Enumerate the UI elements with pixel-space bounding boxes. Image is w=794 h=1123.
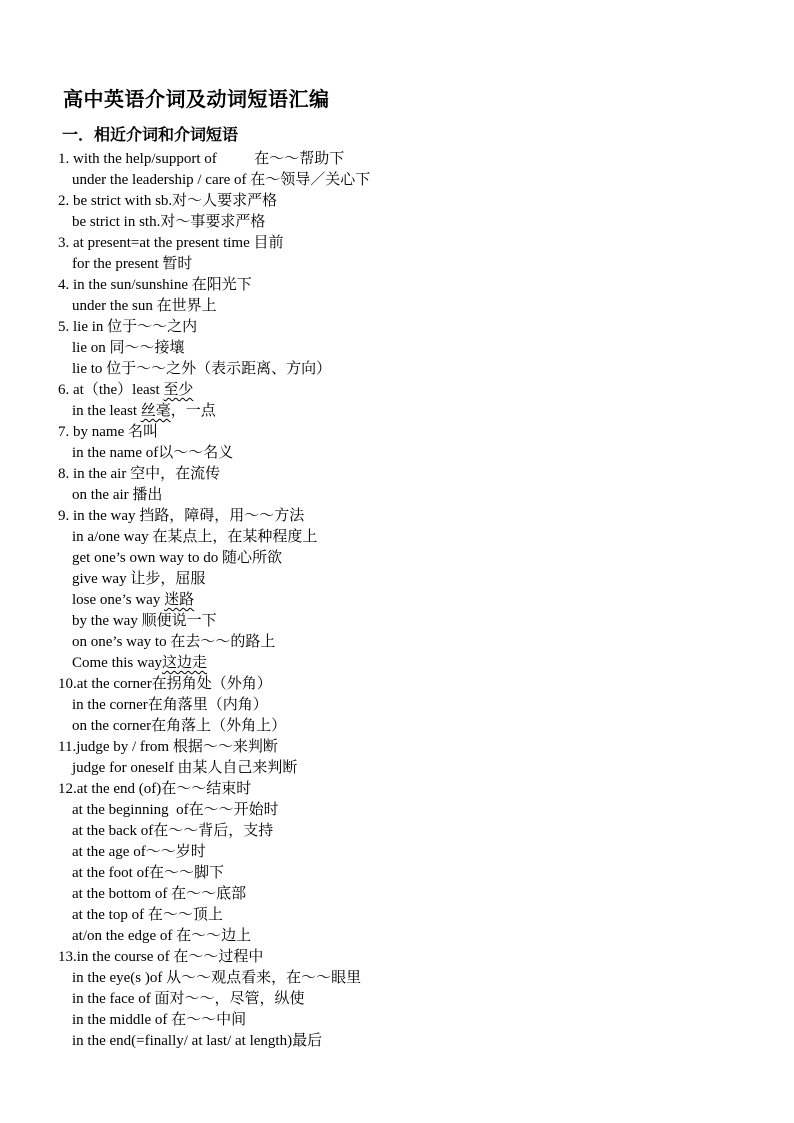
phrase-text: on the corner在角落上（外角上） <box>72 718 286 734</box>
phrase-line: 4. in the sun/sunshine 在阳光下 <box>58 275 754 296</box>
phrase-line: Come this way这边走 <box>58 653 754 674</box>
phrase-line: 7. by name 名叫 <box>58 422 754 443</box>
phrase-text: get one’s own way to do 随心所欲 <box>72 550 282 566</box>
phrase-text: ，一点 <box>171 403 216 419</box>
phrase-line: 12.at the end (of)在～～结束时 <box>58 779 754 800</box>
phrase-line: in a/one way 在某点上，在某种程度上 <box>58 527 754 548</box>
phrase-text: for the present 暂时 <box>72 256 192 272</box>
phrase-text: under the sun 在世界上 <box>72 298 217 314</box>
phrase-text: 1. with the help/support of 在～～帮助下 <box>58 151 344 167</box>
wavy-underlined-text: 这边走 <box>162 655 207 671</box>
phrase-text: in a/one way 在某点上，在某种程度上 <box>72 529 317 545</box>
phrase-line: 10.at the corner在拐角处（外角） <box>58 674 754 695</box>
phrase-text: in the least <box>72 403 141 419</box>
phrase-text: 8. in the air 空中，在流传 <box>58 466 220 482</box>
phrase-text: lie on 同～～接壤 <box>72 340 185 356</box>
phrase-line: at the bottom of 在～～底部 <box>58 884 754 905</box>
wavy-underlined-text: 迷路 <box>164 592 194 608</box>
phrase-text: in the end(=finally/ at last/ at length)… <box>72 1033 322 1049</box>
phrase-line: on the corner在角落上（外角上） <box>58 716 754 737</box>
phrase-text: 7. by name 名叫 <box>58 424 158 440</box>
phrase-text: 9. in the way 挡路，障碍，用～～方法 <box>58 508 304 524</box>
phrase-line: 3. at present=at the present time 目前 <box>58 233 754 254</box>
phrase-line: 9. in the way 挡路，障碍，用～～方法 <box>58 506 754 527</box>
phrase-line: lose one’s way 迷路 <box>58 590 754 611</box>
phrase-line: give way 让步，屈服 <box>58 569 754 590</box>
wavy-underlined-text: 至少 <box>163 382 193 398</box>
phrase-line: 11.judge by / from 根据～～来判断 <box>58 737 754 758</box>
phrase-line: 13.in the course of 在～～过程中 <box>58 947 754 968</box>
phrase-text: at the foot of在～～脚下 <box>72 865 224 881</box>
phrase-text: 5. lie in 位于～～之内 <box>58 319 197 335</box>
phrase-text: lose one’s way <box>72 592 164 608</box>
phrase-line: lie on 同～～接壤 <box>58 338 754 359</box>
phrase-text: at the age of～～岁时 <box>72 844 206 860</box>
phrase-line: 8. in the air 空中，在流传 <box>58 464 754 485</box>
phrase-line: 6. at（the）least 至少 <box>58 380 754 401</box>
section-heading: 一．相近介词和介词短语 <box>62 127 754 144</box>
phrase-line: in the eye(s )of 从～～观点看来，在～～眼里 <box>58 968 754 989</box>
phrase-text: in the name of以～～名义 <box>72 445 233 461</box>
phrase-line: be strict in sth.对～事要求严格 <box>58 212 754 233</box>
phrase-text: under the leadership / care of 在～领导／关心下 <box>72 172 370 188</box>
phrase-text: judge for oneself 由某人自己来判断 <box>72 760 297 776</box>
phrase-line: at the top of 在～～顶上 <box>58 905 754 926</box>
phrase-line: in the face of 面对～～，尽管，纵使 <box>58 989 754 1010</box>
phrase-text: lie to 位于～～之外（表示距离、方向） <box>72 361 331 377</box>
phrase-line: by the way 顺便说一下 <box>58 611 754 632</box>
phrase-line: in the end(=finally/ at last/ at length)… <box>58 1031 754 1052</box>
phrase-text: 6. at（the）least <box>58 382 163 398</box>
phrase-text: at/on the edge of 在～～边上 <box>72 928 251 944</box>
document-page: 高中英语介词及动词短语汇编 一．相近介词和介词短语 1. with the he… <box>0 0 794 1123</box>
phrase-text: give way 让步，屈服 <box>72 571 205 587</box>
phrase-text: by the way 顺便说一下 <box>72 613 217 629</box>
phrase-text: in the corner在角落里（内角） <box>72 697 268 713</box>
phrase-text: 11.judge by / from 根据～～来判断 <box>58 739 278 755</box>
phrase-line: in the least 丝毫，一点 <box>58 401 754 422</box>
phrase-text: at the top of 在～～顶上 <box>72 907 223 923</box>
phrase-line: under the sun 在世界上 <box>58 296 754 317</box>
phrase-text: 13.in the course of 在～～过程中 <box>58 949 263 965</box>
phrase-line: on the air 播出 <box>58 485 754 506</box>
phrase-text: at the beginning of在～～开始时 <box>72 802 279 818</box>
phrase-line: for the present 暂时 <box>58 254 754 275</box>
phrase-text: on one’s way to 在去～～的路上 <box>72 634 275 650</box>
phrase-line: 2. be strict with sb.对～人要求严格 <box>58 191 754 212</box>
phrase-line: 5. lie in 位于～～之内 <box>58 317 754 338</box>
phrase-line: at the foot of在～～脚下 <box>58 863 754 884</box>
phrase-text: 4. in the sun/sunshine 在阳光下 <box>58 277 252 293</box>
phrase-text: on the air 播出 <box>72 487 162 503</box>
phrase-text: in the face of 面对～～，尽管，纵使 <box>72 991 304 1007</box>
phrase-line: under the leadership / care of 在～领导／关心下 <box>58 170 754 191</box>
phrase-line: in the name of以～～名义 <box>58 443 754 464</box>
phrase-line: on one’s way to 在去～～的路上 <box>58 632 754 653</box>
phrase-line: at/on the edge of 在～～边上 <box>58 926 754 947</box>
phrase-line: at the beginning of在～～开始时 <box>58 800 754 821</box>
phrase-text: in the eye(s )of 从～～观点看来，在～～眼里 <box>72 970 361 986</box>
document-content: 高中英语介词及动词短语汇编 一．相近介词和介词短语 1. with the he… <box>0 0 794 1052</box>
phrase-text: Come this way <box>72 655 162 671</box>
phrase-list: 1. with the help/support of 在～～帮助下under … <box>58 149 754 1052</box>
phrase-text: at the back of在～～背后，支持 <box>72 823 273 839</box>
phrase-line: judge for oneself 由某人自己来判断 <box>58 758 754 779</box>
phrase-line: lie to 位于～～之外（表示距离、方向） <box>58 359 754 380</box>
phrase-text: at the bottom of 在～～底部 <box>72 886 246 902</box>
phrase-line: in the corner在角落里（内角） <box>58 695 754 716</box>
phrase-text: be strict in sth.对～事要求严格 <box>72 214 265 230</box>
document-title: 高中英语介词及动词短语汇编 <box>63 88 754 112</box>
phrase-text: 10.at the corner在拐角处（外角） <box>58 676 272 692</box>
phrase-line: at the back of在～～背后，支持 <box>58 821 754 842</box>
phrase-text: 12.at the end (of)在～～结束时 <box>58 781 251 797</box>
phrase-text: 2. be strict with sb.对～人要求严格 <box>58 193 277 209</box>
phrase-line: 1. with the help/support of 在～～帮助下 <box>58 149 754 170</box>
phrase-text: in the middle of 在～～中间 <box>72 1012 246 1028</box>
phrase-line: at the age of～～岁时 <box>58 842 754 863</box>
wavy-underlined-text: 丝毫 <box>141 403 171 419</box>
phrase-line: in the middle of 在～～中间 <box>58 1010 754 1031</box>
phrase-line: get one’s own way to do 随心所欲 <box>58 548 754 569</box>
phrase-text: 3. at present=at the present time 目前 <box>58 235 283 251</box>
